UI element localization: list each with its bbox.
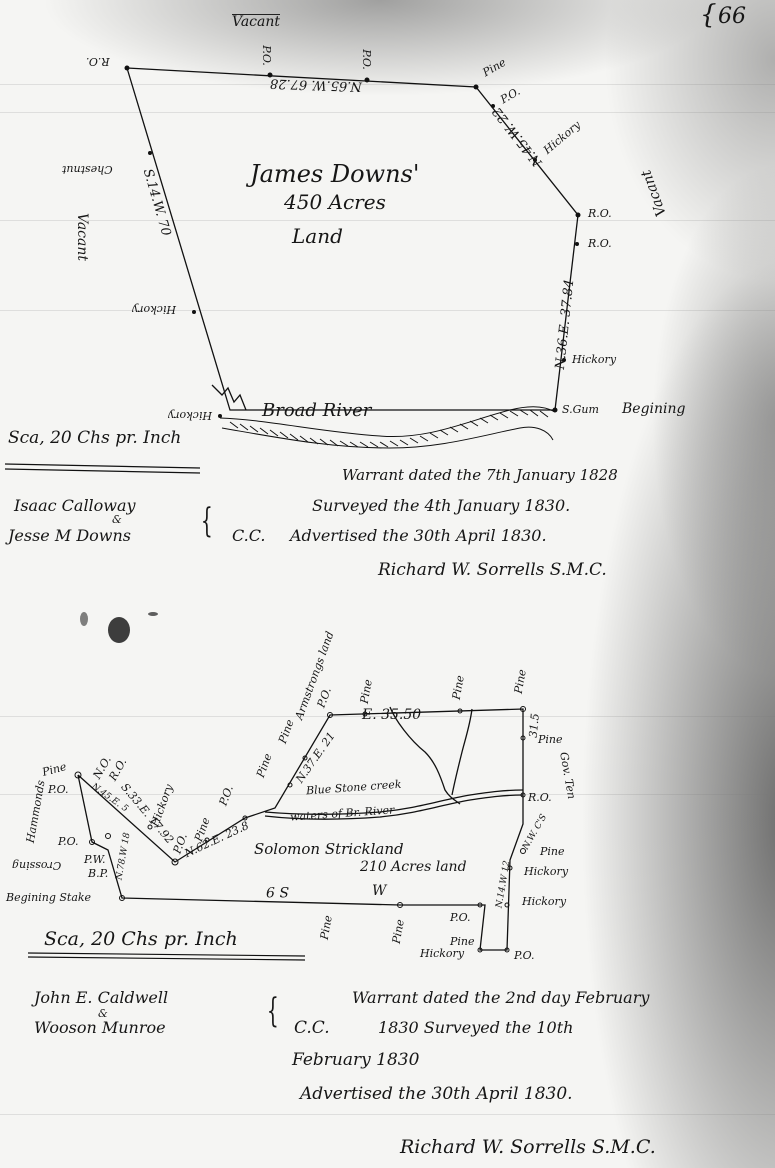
p2-corner-bp: B.P. xyxy=(88,868,108,879)
record2-advertised: Advertised the 30th April 1830. xyxy=(300,1086,573,1103)
plat1-scale: Sca, 20 Chs pr. Inch xyxy=(8,430,181,447)
p2-corner-pw: P.W. xyxy=(84,854,106,865)
plat1-land-label: Land xyxy=(292,226,343,246)
corner-hickory-east: Hickory xyxy=(572,354,616,365)
record2-surveyed-month: February 1830 xyxy=(292,1052,419,1069)
p2-line-right: 31.5 xyxy=(528,713,541,738)
record1-grantee1: Isaac Calloway xyxy=(14,498,136,514)
p2-line-bottom2: W xyxy=(372,884,386,898)
corner-po-top1: P.O. xyxy=(261,45,272,66)
record2-year-surveyed: 1830 Surveyed the 10th xyxy=(378,1020,573,1036)
corner-ro-east2: R.O. xyxy=(588,238,612,249)
record2-warrant: Warrant dated the 2nd day February xyxy=(352,990,649,1006)
p2-corner-po-bottom2: P.O. xyxy=(514,950,535,961)
p2-line-bottom: S 9 xyxy=(266,884,289,898)
p2-corner-pine-bottom: Pine xyxy=(450,936,475,947)
record1-grantee2: Jesse M Downs xyxy=(8,528,131,544)
record1-surveyor-signature: Richard W. Sorrells S.M.C. xyxy=(378,562,607,579)
record1-surveyed: Surveyed the 4th January 1830. xyxy=(312,498,570,514)
line-north: N.65.W. 67.28 xyxy=(270,76,362,92)
record1-warrant: Warrant dated the 7th January 1828 xyxy=(342,468,618,483)
p2-corner-hickory-bottom: Hickory xyxy=(420,948,464,959)
p2-corner-po1: P.O. xyxy=(48,784,69,795)
plat2-scale: Sca, 20 Chs pr. Inch xyxy=(44,930,238,949)
corner-hickory-west-lower: Hickory xyxy=(168,410,212,421)
plat1-separator xyxy=(5,464,200,473)
corner-ro-east1: R.O. xyxy=(588,208,612,219)
ink-blot xyxy=(80,612,88,626)
plat1-owner-title: James Downs' xyxy=(250,162,419,186)
p2-owner-label: Solomon Strickland xyxy=(254,842,404,857)
plat1-acreage: 450 Acres xyxy=(284,192,386,212)
record1-ampersand: & xyxy=(112,514,122,525)
record1-brace: { xyxy=(201,504,213,538)
p2-corner-pine-right2: Pine xyxy=(540,846,565,857)
corner-sgum-begin: S.Gum xyxy=(562,404,599,415)
corner-po-top2: P.O. xyxy=(361,49,372,70)
adjoin-chestnut: Chestnut xyxy=(62,164,113,175)
corner-ro-topleft: R.O. xyxy=(86,56,110,67)
corner-hickory-west: Hickory xyxy=(132,304,176,315)
p2-corner-hickory-right: Hickory xyxy=(524,866,568,877)
record1-cc: C.C. xyxy=(232,528,266,544)
record2-surveyor-signature: Richard W. Sorrells S.M.C. xyxy=(400,1138,656,1157)
record2-cc: C.C. xyxy=(294,1020,330,1037)
begining-label: Begining xyxy=(622,402,686,416)
ink-blot xyxy=(148,612,158,616)
adjoin-vacant-west: Vacant xyxy=(75,213,89,261)
p2-line-top: E. 35.50 xyxy=(362,708,421,722)
plat2-separator xyxy=(28,953,305,960)
record2-brace: { xyxy=(267,994,279,1028)
p2-crossing-label: Crossing xyxy=(12,860,61,871)
p2-begining-stake: Begining Stake xyxy=(6,892,91,903)
p2-corner-hickory-right2: Hickory xyxy=(522,896,566,907)
record2-grantee2: Wooson Munroe xyxy=(34,1020,166,1036)
broad-river-label: Broad River xyxy=(262,402,371,420)
record2-grantee1: John E. Caldwell xyxy=(34,990,168,1006)
plat1-top-vacant: Vacant xyxy=(232,14,280,29)
p2-corner-po2: P.O. xyxy=(58,836,79,847)
ink-blot xyxy=(108,617,130,643)
p2-corner-pine-right: Pine xyxy=(538,734,563,745)
p2-corner-po-bottom: P.O. xyxy=(450,912,471,923)
p2-corner-ro-right: R.O. xyxy=(528,792,552,803)
p2-acreage: 210 Acres land xyxy=(360,860,467,874)
record1-advertised: Advertised the 30th April 1830. xyxy=(290,528,547,544)
